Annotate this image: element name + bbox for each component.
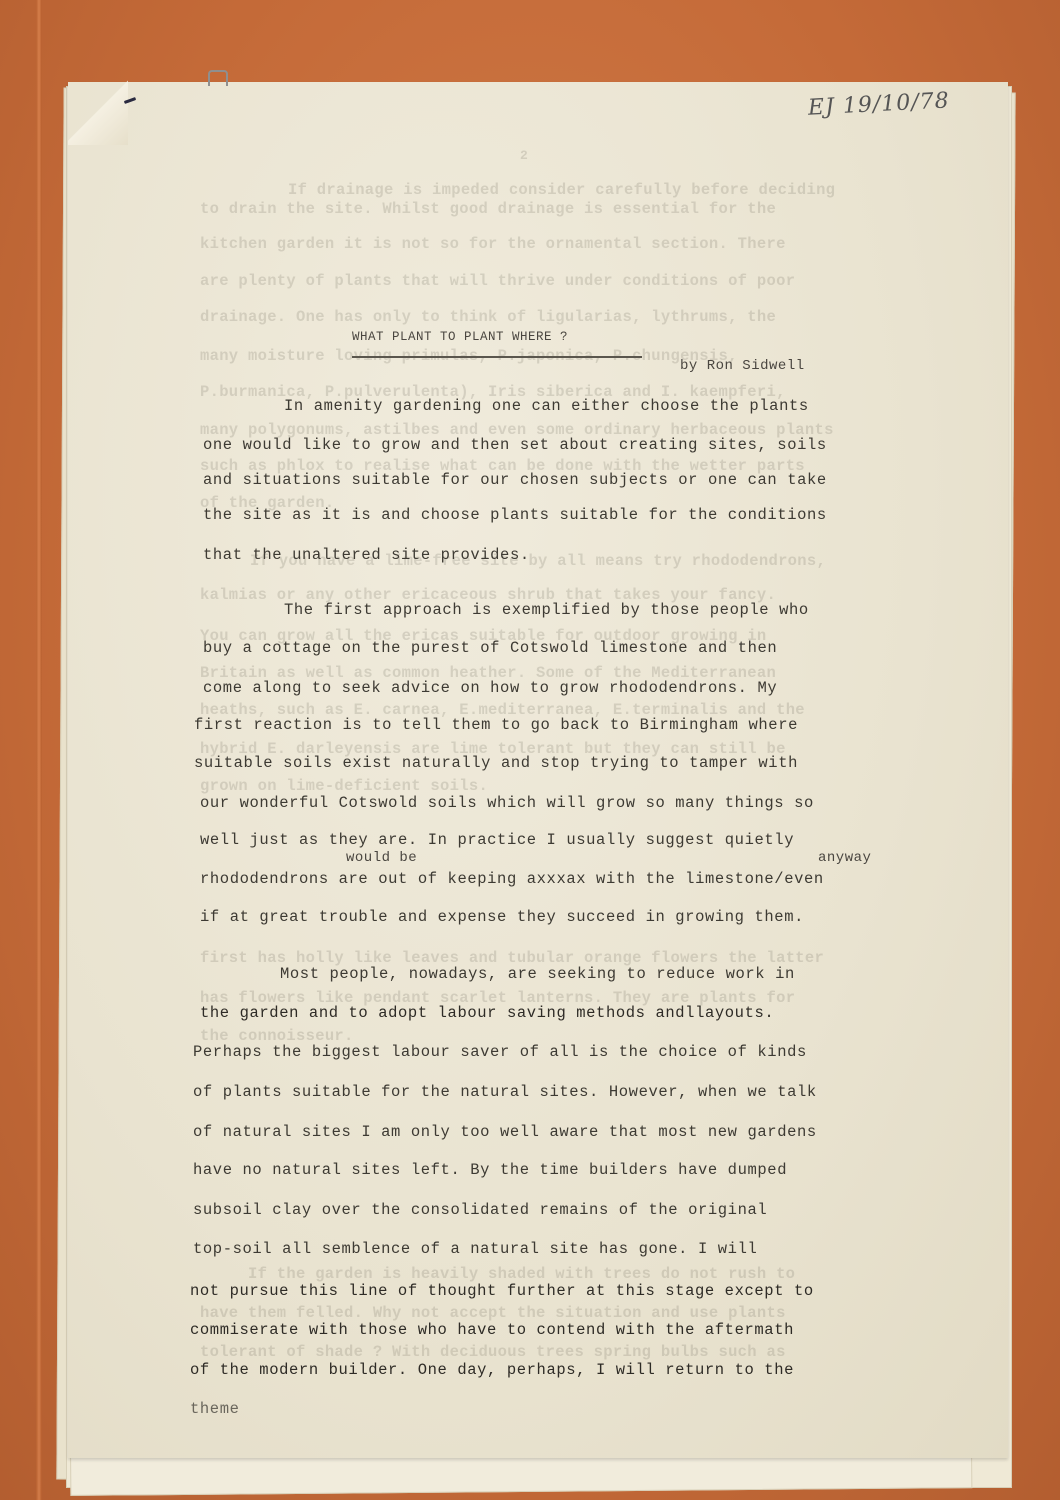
body-line: first reaction is to tell them to go bac…	[194, 716, 798, 734]
bleed-line: If drainage is impeded consider carefull…	[288, 181, 1048, 199]
body-line: the site as it is and choose plants suit…	[203, 506, 827, 524]
bleed-line: tolerant of shade ? With deciduous trees…	[200, 1343, 960, 1361]
bleed-page-number: 2	[520, 148, 1060, 163]
body-line: Perhaps the biggest labour saver of all …	[193, 1043, 807, 1061]
body-line: suitable soils exist naturally and stop …	[194, 754, 798, 772]
title-underline	[352, 356, 642, 358]
bleed-line: kitchen garden it is not so for the orna…	[200, 235, 960, 253]
body-line: top-soil all semblence of a natural site…	[193, 1240, 757, 1258]
body-line: of plants suitable for the natural sites…	[193, 1083, 817, 1101]
body-line: our wonderful Cotswold soils which will …	[200, 794, 814, 812]
bleed-line: grown on lime-deficient soils.	[200, 777, 960, 795]
body-line: theme	[190, 1400, 240, 1418]
body-line: rhododendrons are out of keeping axxxax …	[200, 870, 824, 888]
body-line: one would like to grow and then set abou…	[203, 436, 827, 454]
document-byline: by Ron Sidwell	[680, 358, 805, 374]
body-line: commiserate with those who have to conte…	[190, 1321, 794, 1339]
document-title: WHAT PLANT TO PLANT WHERE ?	[352, 330, 568, 344]
body-line: if at great trouble and expense they suc…	[200, 908, 804, 926]
body-line: and situations suitable for our chosen s…	[203, 471, 827, 489]
body-line: that the unaltered site provides.	[203, 546, 530, 564]
body-line: come along to seek advice on how to grow…	[203, 679, 777, 697]
typed-insertion: anyway	[818, 850, 871, 866]
body-line: have no natural sites left. By the time …	[193, 1161, 787, 1179]
folded-corner	[68, 80, 128, 145]
bleed-line: If the garden is heavily shaded with tre…	[248, 1265, 1008, 1283]
paperclip-icon	[208, 70, 228, 86]
body-line: not pursue this line of thought further …	[190, 1282, 814, 1300]
bleed-line: have them felled. Why not accept the sit…	[200, 1304, 960, 1322]
body-line: The first approach is exemplified by tho…	[284, 601, 809, 619]
body-line: subsoil clay over the consolidated remai…	[193, 1201, 767, 1219]
body-line: well just as they are. In practice I usu…	[200, 831, 794, 849]
body-line: of the modern builder. One day, perhaps,…	[190, 1361, 794, 1379]
bleed-line: are plenty of plants that will thrive un…	[200, 272, 960, 290]
body-line: In amenity gardening one can either choo…	[284, 397, 809, 415]
body-line: Most people, nowadays, are seeking to re…	[280, 965, 795, 983]
folder-edge	[36, 0, 42, 1500]
typed-insertion: would be	[346, 850, 417, 866]
bleed-line: to drain the site. Whilst good drainage …	[200, 200, 960, 218]
body-line: the garden and to adopt labour saving me…	[200, 1004, 774, 1022]
bleed-line: drainage. One has only to think of ligul…	[200, 308, 960, 326]
body-line: buy a cottage on the purest of Cotswold …	[203, 639, 777, 657]
body-line: of natural sites I am only too well awar…	[193, 1123, 817, 1141]
